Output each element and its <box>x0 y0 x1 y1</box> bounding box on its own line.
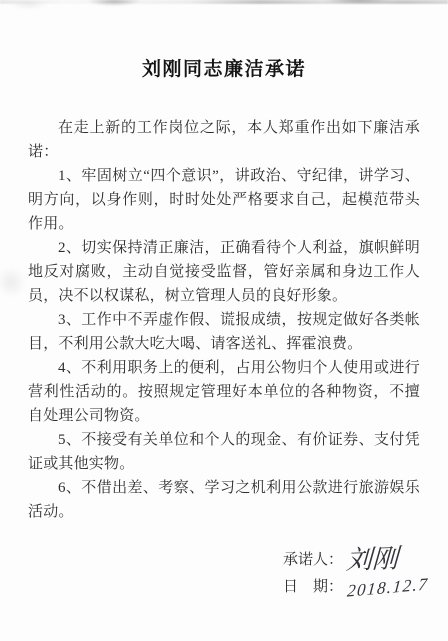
scanned-document-page: 刘刚同志廉洁承诺 在走上新的工作岗位之际，本人郑重作出如下廉洁承诺： 1、牢固树… <box>0 0 448 641</box>
commitment-item-5: 5、不接受有关单位和个人的现金、有价证券、支付凭证或其他实物。 <box>28 428 420 476</box>
commitment-item-3: 3、工作中不弄虚作假、谎报成绩，按规定做好各类帐目，不利用公款大吃大喝、请客送礼… <box>28 308 420 356</box>
signer-label: 承诺人： <box>283 552 343 568</box>
signer-signature-handwritten: 刘刚 <box>346 549 399 571</box>
document-body: 在走上新的工作岗位之际，本人郑重作出如下廉洁承诺： 1、牢固树立“四个意识”，讲… <box>0 116 448 601</box>
date-handwritten: 2018.12.7 <box>346 576 429 599</box>
commitment-item-6: 6、不借出差、考察、学习之机利用公款进行旅游娱乐活动。 <box>28 476 420 524</box>
scan-artifact <box>0 266 26 298</box>
commitment-item-1: 1、牢固树立“四个意识”，讲政治、守纪律，讲学习、明方向，以身作则，时时处处严格… <box>28 164 420 236</box>
intro-paragraph: 在走上新的工作岗位之际，本人郑重作出如下廉洁承诺： <box>28 116 420 164</box>
scan-artifact <box>88 0 140 6</box>
signature-block: 承诺人：刘刚 日 期：2018.12.7 <box>283 547 420 601</box>
document-title: 刘刚同志廉洁承诺 <box>0 56 448 83</box>
signer-row: 承诺人：刘刚 <box>283 547 420 574</box>
commitment-item-2: 2、切实保持清正廉洁，正确看待个人利益，旗帜鲜明地反对腐败，主动自觉接受监督，管… <box>28 236 420 308</box>
scan-artifact <box>10 1 48 9</box>
date-row: 日 期：2018.12.7 <box>283 574 420 601</box>
date-label: 日 期： <box>283 579 343 595</box>
commitment-item-4: 4、不利用职务上的便利，占用公物归个人使用或进行营利性活动的。按照规定管理好本单… <box>28 356 420 428</box>
scan-artifact <box>326 0 390 4</box>
